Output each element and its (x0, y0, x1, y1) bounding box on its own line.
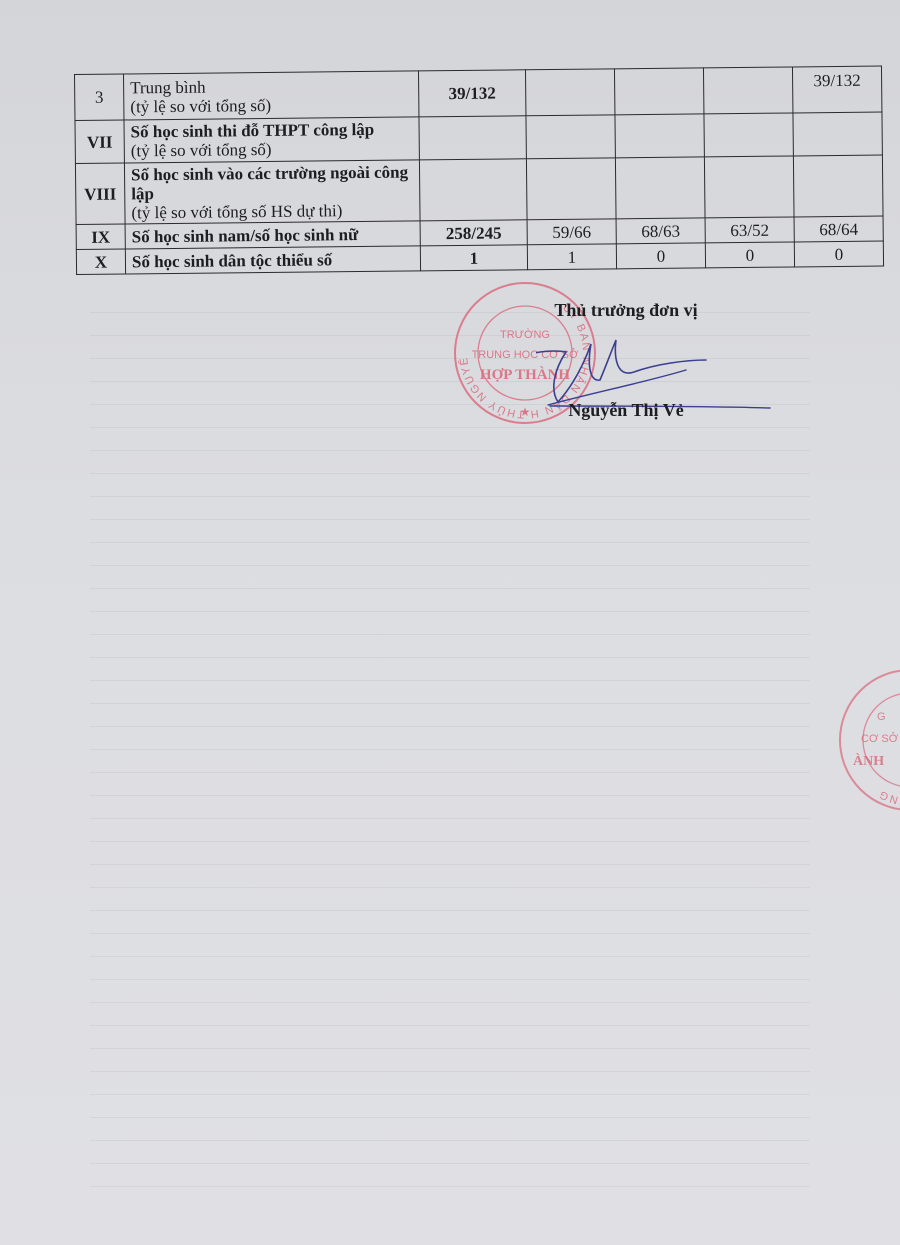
grade6-cell: 1 (527, 244, 616, 270)
svg-text:ÀNH: ÀNH (853, 752, 884, 769)
grade6-cell: 59/66 (527, 219, 616, 245)
grade6-cell (526, 158, 616, 220)
svg-text:★: ★ (520, 405, 531, 419)
row-label: Số học sinh dân tộc thiểu số (125, 246, 420, 274)
table-row: VIII Số học sinh vào các trường ngoài cô… (75, 155, 883, 224)
grade7-cell: 0 (616, 243, 705, 269)
total-cell: 258/245 (420, 220, 527, 246)
row-index: X (76, 249, 125, 275)
partial-seal-stamp: GUYÊN T.P HẢI PHÒNG G CƠ SỞ ÀNH (835, 665, 900, 815)
row-label-main: Số học sinh vào các trường ngoài công lậ… (131, 162, 413, 203)
row-index: VII (75, 120, 124, 164)
grade7-cell (615, 157, 705, 219)
grade9-cell (793, 112, 882, 156)
handwritten-signature (536, 330, 776, 410)
signature-title: Thủ trưởng đơn vị (536, 300, 716, 321)
grade7-cell (614, 68, 703, 115)
grade8-cell (704, 113, 793, 157)
grade8-cell: 63/52 (705, 217, 794, 243)
bleed-through-text (90, 290, 810, 1190)
svg-text:GUYÊN T.P HẢI PHÒNG: GUYÊN T.P HẢI PHÒNG (876, 708, 900, 808)
grade9-cell: 0 (794, 241, 883, 267)
row-label-sub: (tỷ lệ so với tổng số HS dự thi) (131, 200, 413, 222)
total-cell: 39/132 (418, 70, 525, 117)
row-index: IX (76, 224, 125, 250)
grade8-cell: 0 (705, 242, 794, 268)
grade8-cell (704, 156, 794, 218)
grade8-cell (703, 67, 792, 114)
total-cell (419, 159, 527, 221)
total-cell (419, 116, 526, 160)
svg-text:CƠ SỞ: CƠ SỞ (861, 732, 899, 745)
grade9-cell (793, 155, 883, 217)
row-label-sub: (tỷ lệ so với tổng số) (130, 94, 412, 116)
row-label-main: Số học sinh thi đỗ THPT công lập (131, 119, 413, 141)
row-index: VIII (75, 163, 125, 225)
grade9-cell: 68/64 (794, 216, 883, 242)
row-index: 3 (75, 74, 124, 121)
grade7-cell: 68/63 (616, 218, 705, 244)
row-label: Số học sinh vào các trường ngoài công lậ… (124, 160, 420, 224)
row-label-sub: (tỷ lệ so với tổng số) (131, 138, 413, 160)
row-label: Trung bình (tỷ lệ so với tổng số) (124, 71, 419, 120)
document-page: 3 Trung bình (tỷ lệ so với tổng số) 39/1… (0, 0, 900, 1245)
total-cell: 1 (420, 245, 527, 271)
signatory-name: Nguyễn Thị Vẻ (546, 400, 706, 421)
grade9-cell: 39/132 (792, 66, 881, 113)
grade6-cell (526, 115, 615, 159)
svg-text:G: G (877, 711, 886, 723)
grade7-cell (615, 114, 704, 158)
row-label: Số học sinh thi đỗ THPT công lập (tỷ lệ … (124, 117, 419, 163)
grade6-cell (525, 69, 614, 116)
row-label: Số học sinh nam/số học sinh nữ (125, 221, 420, 249)
statistics-table: 3 Trung bình (tỷ lệ so với tổng số) 39/1… (74, 66, 884, 275)
